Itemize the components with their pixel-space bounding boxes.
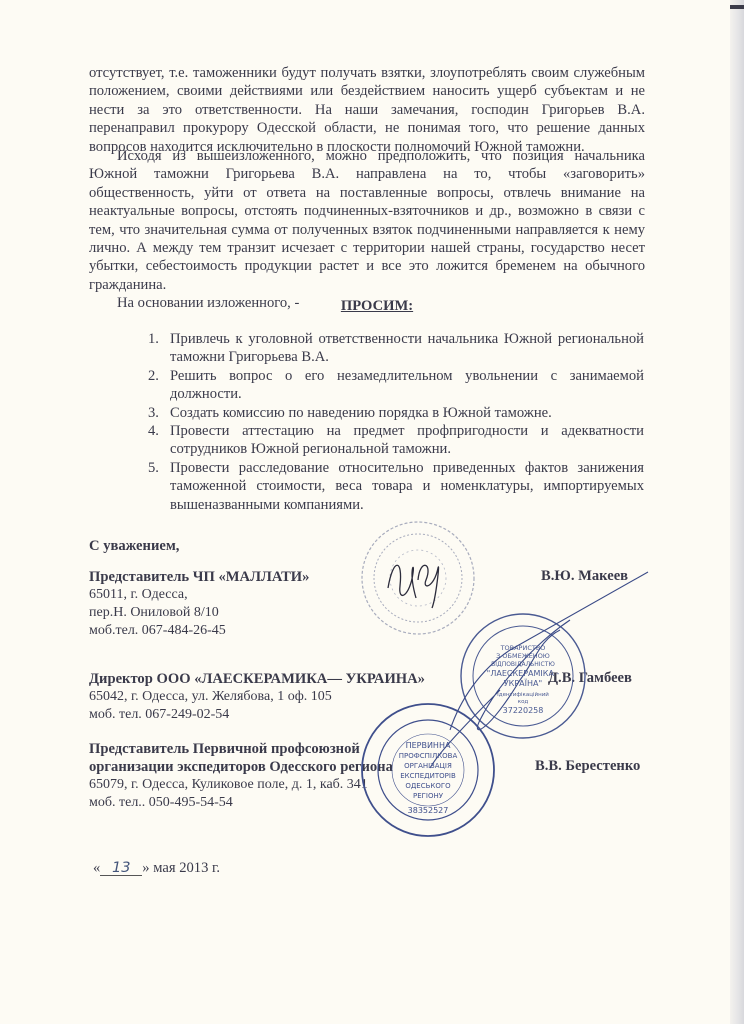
signatory-address: 65079, г. Одесса, Куликовое поле, д. 1, …	[89, 776, 393, 794]
item-text: Создать комиссию по наведению порядка в …	[170, 405, 552, 421]
svg-text:38352527: 38352527	[408, 806, 449, 815]
date-month-year: » мая 2013 г.	[142, 860, 220, 876]
signatory-title-line2: организации экспедиторов Одесского регио…	[89, 758, 393, 776]
svg-text:ОРГАНІЗАЦІЯ: ОРГАНІЗАЦІЯ	[404, 762, 452, 770]
signatory-title: Представитель Первичной профсоюзной	[89, 740, 393, 758]
paragraph-1: отсутствует, т.е. таможенники будут полу…	[89, 64, 645, 156]
item-text: Привлечь к уголовной ответственности нач…	[170, 331, 644, 365]
paragraph-text: отсутствует, т.е. таможенники будут полу…	[89, 64, 645, 156]
item-text: Провести расследование относительно прив…	[170, 460, 644, 513]
scan-edge-mark	[730, 5, 744, 9]
svg-text:РЕГІОНУ: РЕГІОНУ	[413, 792, 444, 800]
item-number: 1.	[148, 330, 159, 348]
item-text: Провести аттестацию на предмет профприго…	[170, 423, 644, 457]
date-day-handwritten: 13	[100, 860, 142, 876]
closing-greeting: С уважением,	[89, 538, 179, 555]
svg-text:ПЕРВИННА: ПЕРВИННА	[406, 741, 451, 750]
item-number: 2.	[148, 367, 159, 385]
item-number: 4.	[148, 422, 159, 440]
signatory-title: Представитель ЧП «МАЛЛАТИ»	[89, 568, 309, 586]
signatory-phone: моб. тел.. 050-495-54-54	[89, 794, 393, 812]
svg-text:ЕКСПЕДИТОРІВ: ЕКСПЕДИТОРІВ	[400, 772, 456, 780]
signatory-title: Директор ООО «ЛАЕСКЕРАМИКА— УКРАИНА»	[89, 670, 425, 688]
item-text: Решить вопрос о его незамедлительном уво…	[170, 368, 644, 402]
item-number: 5.	[148, 459, 159, 477]
request-list: 1.Привлечь к уголовной ответственности н…	[148, 330, 644, 514]
signatory-phone: моб.тел. 067-484-26-45	[89, 622, 309, 640]
paragraph-text: Исходя из вышеизложенного, можно предпол…	[89, 147, 645, 294]
request-item: 4.Провести аттестацию на предмет профпри…	[148, 422, 644, 459]
signatory-mallati: Представитель ЧП «МАЛЛАТИ» 65011, г. Оде…	[89, 568, 309, 640]
item-number: 3.	[148, 404, 159, 422]
document-date: «13» мая 2013 г.	[93, 860, 220, 877]
request-heading: ПРОСИМ:	[0, 298, 744, 315]
request-item: 1.Привлечь к уголовной ответственности н…	[148, 330, 644, 367]
signatory-address: пер.Н. Ониловой 8/10	[89, 604, 309, 622]
svg-text:ОДЕСЬКОГО: ОДЕСЬКОГО	[405, 782, 451, 790]
date-quote-open: «	[93, 860, 100, 876]
paragraph-2: Исходя из вышеизложенного, можно предпол…	[89, 147, 645, 313]
scan-edge	[730, 0, 744, 1024]
svg-text:ПРОФСПІЛКОВА: ПРОФСПІЛКОВА	[399, 752, 458, 760]
signatory-address: 65011, г. Одесса,	[89, 586, 309, 604]
signatory-union: Представитель Первичной профсоюзной орга…	[89, 740, 393, 812]
request-item: 2.Решить вопрос о его незамедлительном у…	[148, 367, 644, 404]
request-item: 3.Создать комиссию по наведению порядка …	[148, 404, 644, 422]
stamp-union-icon: ПЕРВИННА ПРОФСПІЛКОВА ОРГАНІЗАЦІЯ ЕКСПЕД…	[358, 700, 498, 840]
request-item: 5.Провести расследование относительно пр…	[148, 459, 644, 514]
